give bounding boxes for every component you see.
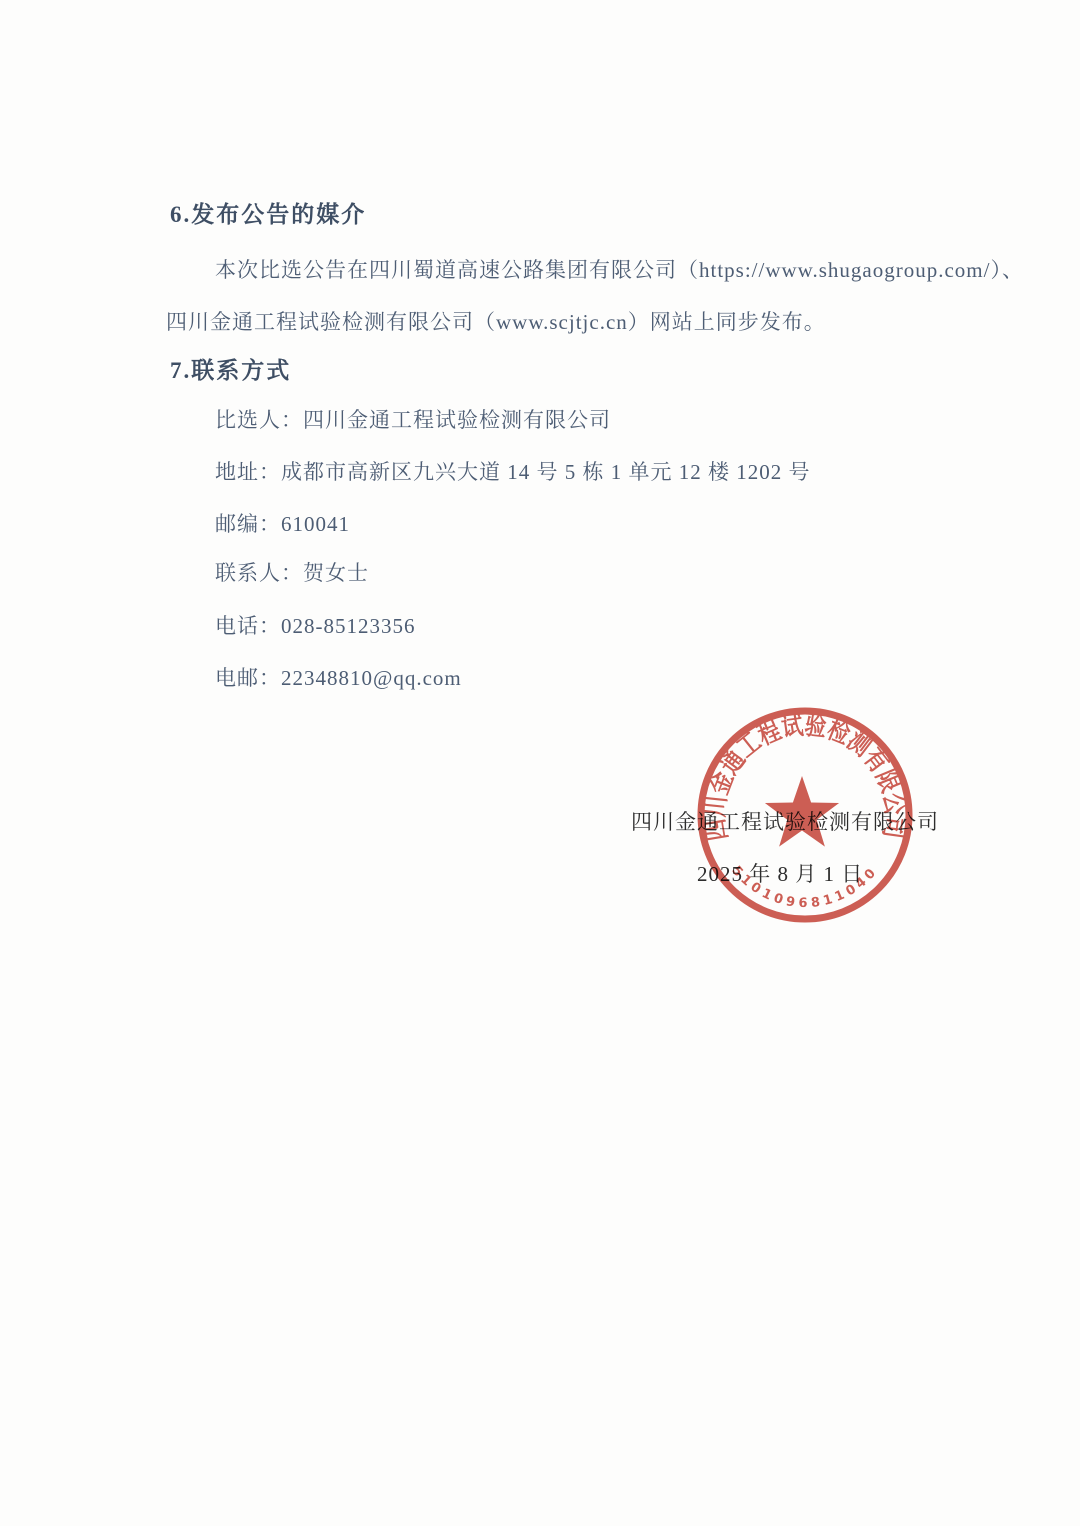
document-page: 6.发布公告的媒介 本次比选公告在四川蜀道高速公路集团有限公司（https://… bbox=[0, 0, 1080, 1526]
contact-line-bidder: 比选人：四川金通工程试验检测有限公司 bbox=[215, 404, 611, 434]
section-6-paragraph-line-1: 本次比选公告在四川蜀道高速公路集团有限公司（https://www.shugao… bbox=[215, 254, 1024, 284]
section-6-heading: 6.发布公告的媒介 bbox=[170, 196, 366, 229]
contact-line-address: 地址：成都市高新区九兴大道 14 号 5 栋 1 单元 12 楼 1202 号 bbox=[215, 456, 811, 486]
contact-line-person: 联系人：贺女士 bbox=[215, 557, 369, 587]
contact-line-postcode: 邮编：610041 bbox=[215, 508, 350, 538]
seal-star-icon bbox=[765, 776, 839, 847]
section-6-paragraph-line-2: 四川金通工程试验检测有限公司（www.scjtjc.cn）网站上同步发布。 bbox=[166, 306, 826, 336]
company-seal-stamp: 四川金通工程试验检测有限公司 5101096811040 bbox=[685, 695, 925, 935]
contact-line-phone: 电话：028-85123356 bbox=[215, 610, 416, 640]
contact-line-email: 电邮：22348810@qq.com bbox=[215, 662, 462, 692]
section-7-heading: 7.联系方式 bbox=[170, 352, 291, 385]
